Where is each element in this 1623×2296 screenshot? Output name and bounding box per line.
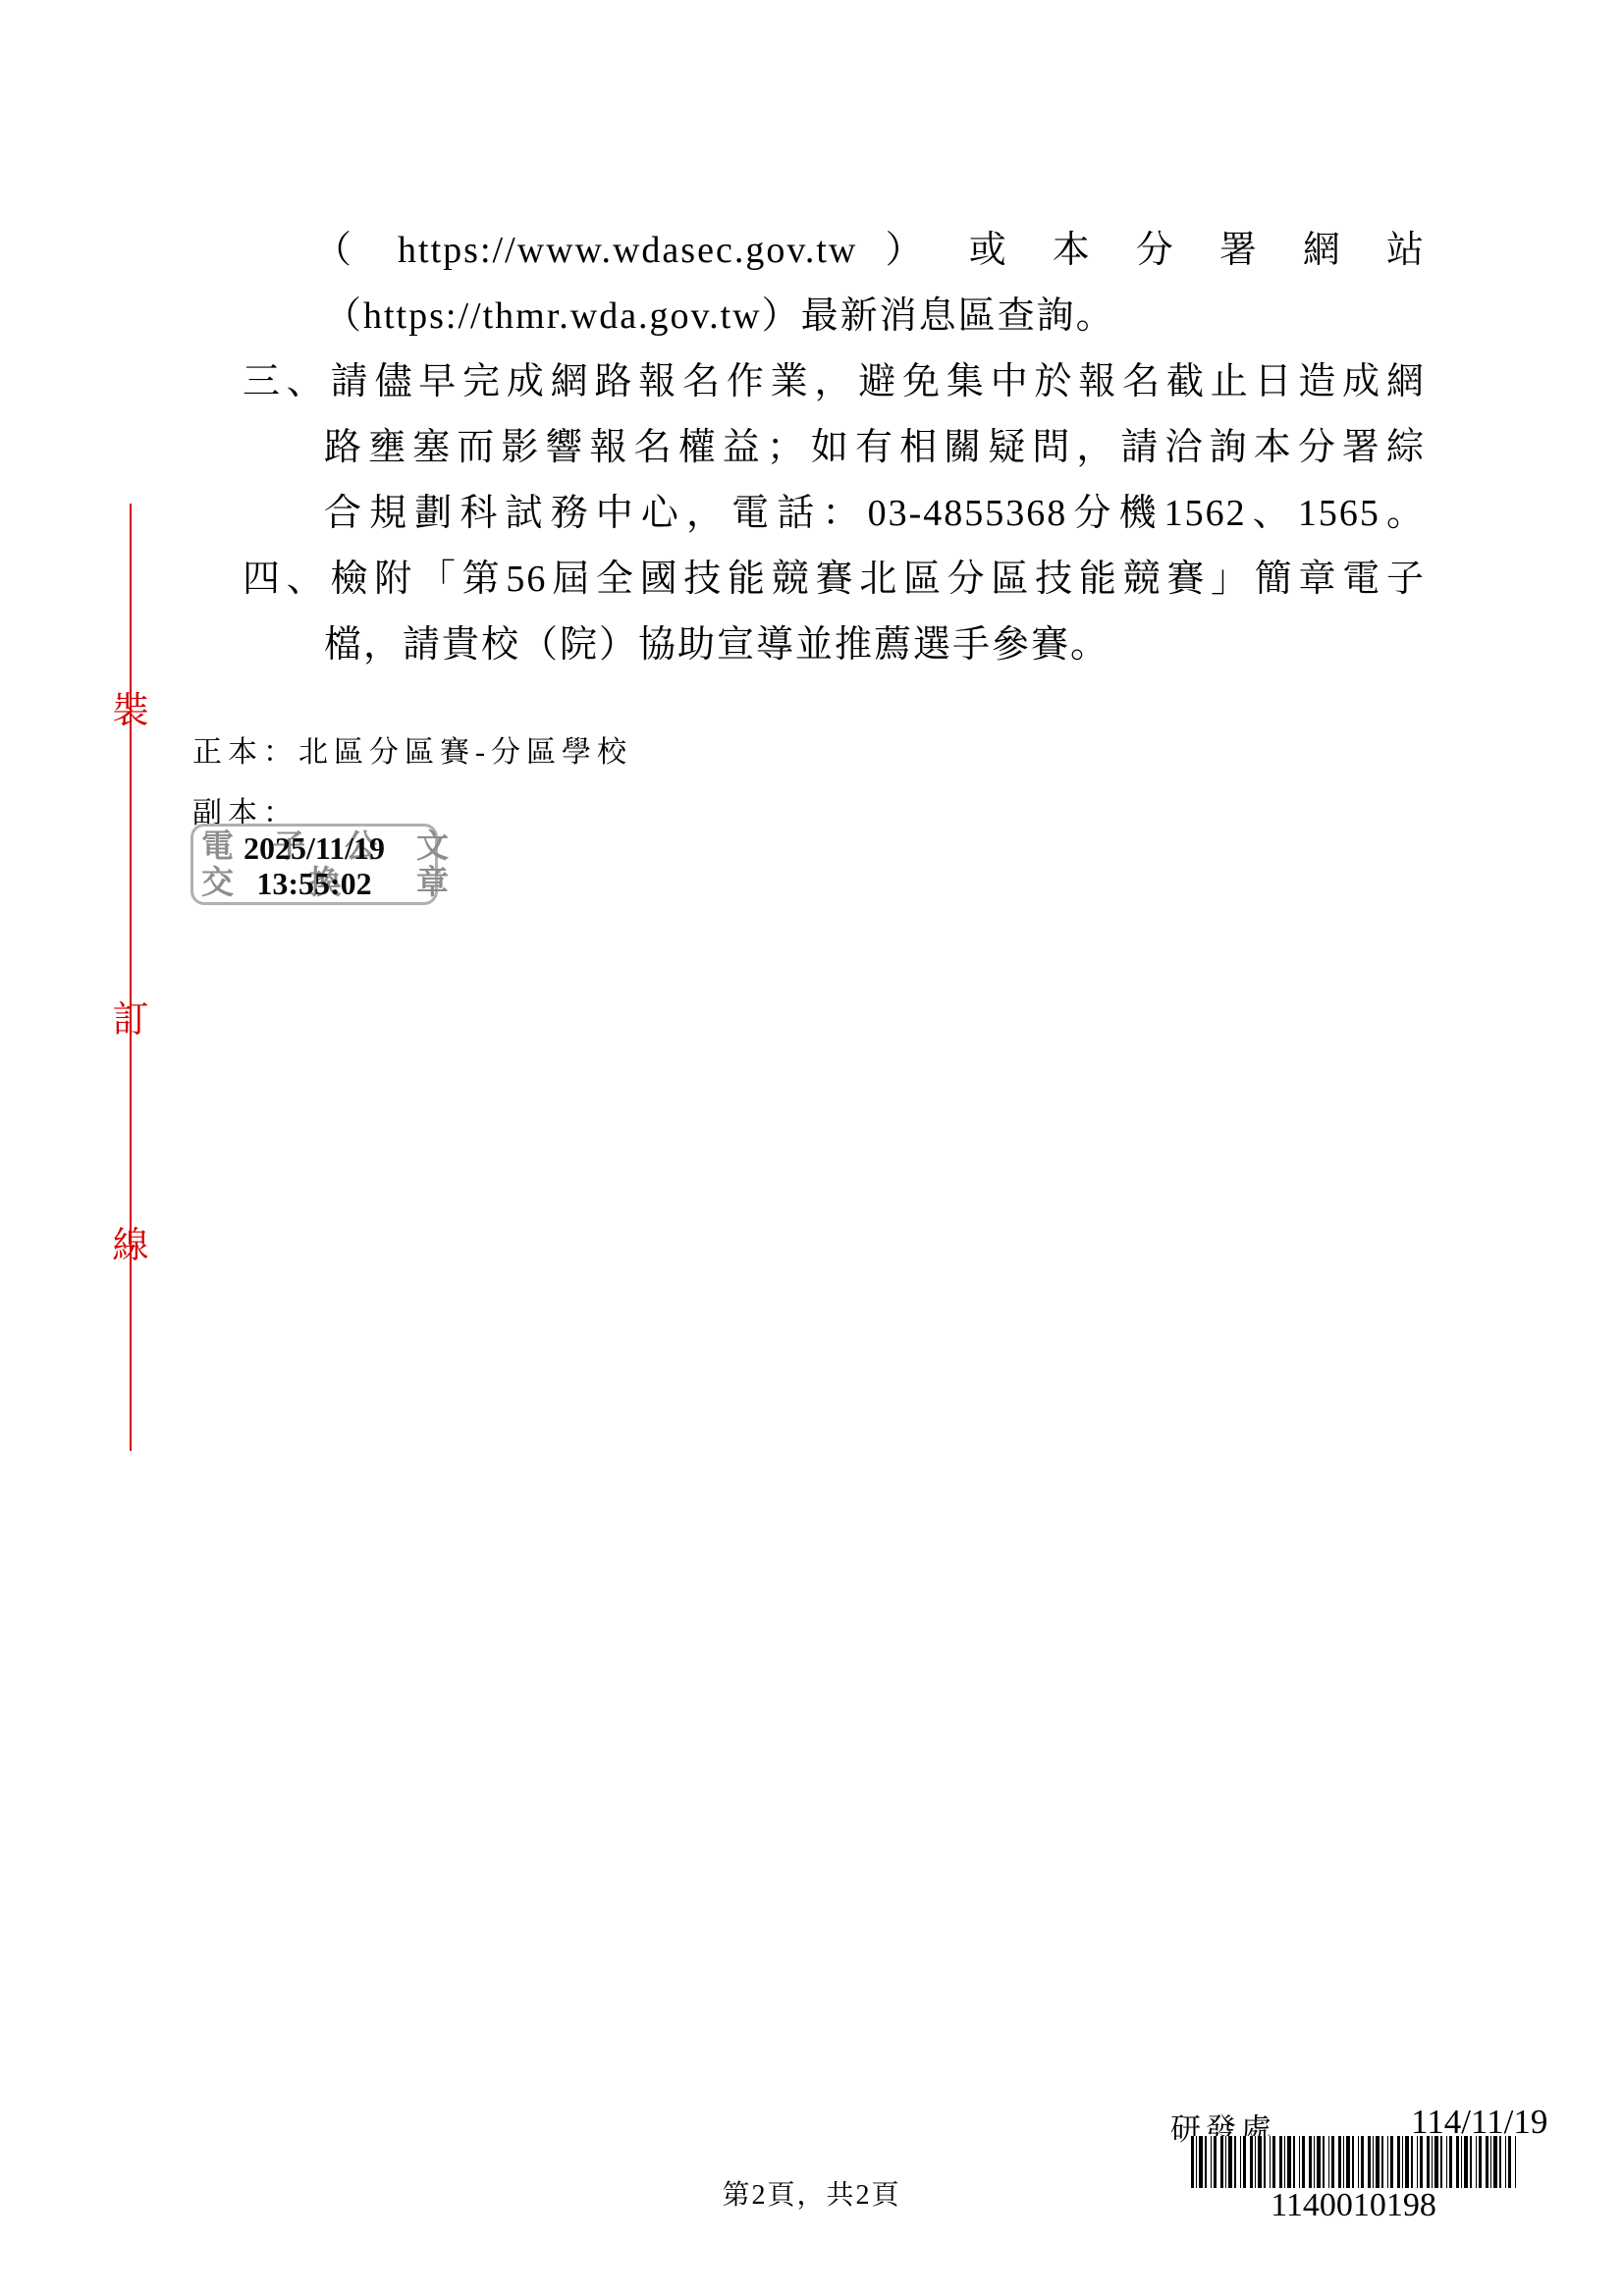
stamp-date: 2025/11/19 [193,830,435,866]
binding-label-zhuang: 裝 [110,691,151,732]
stamp-time: 13:55:02 [193,866,435,901]
binding-line [130,504,132,1451]
list-item-4-line-2: 檔，請貴校（院）協助宣導並推薦選手參賽。 [324,613,1426,678]
document-body: （ https://www.wdasec.gov.tw ） 或 本 分 署 網 … [243,218,1426,678]
url-line-2: （https://thmr.wda.gov.tw）最新消息區查詢。 [324,284,1426,349]
barcode-number: 1140010198 [1191,2187,1516,2224]
stamp-datetime: 2025/11/19 13:55:02 [193,830,435,901]
binding-label-xian: 線 [110,1226,151,1267]
list-item-3-line-2: 路壅塞而影響報名權益；如有相關疑問，請洽詢本分署綜 [324,415,1426,481]
barcode [1191,2136,1516,2188]
list-item-4-line-1: 四、檢附「第56屆全國技能競賽北區分區技能競賽」簡章電子 [243,547,1426,613]
electronic-exchange-stamp: 電 子 公 文 交 換 章 2025/11/19 13:55:02 [190,824,438,905]
list-item-3-line-1: 三、請儘早完成網路報名作業，避免集中於報名截止日造成網 [243,349,1426,415]
recipient-original: 正本：北區分區賽-分區學校 [192,722,632,783]
document-page: （ https://www.wdasec.gov.tw ） 或 本 分 署 網 … [0,0,1623,2296]
list-item-3-line-3: 合規劃科試務中心，電話：03-4855368分機1562、1565。 [324,481,1426,547]
url-line-1: （ https://www.wdasec.gov.tw ） 或 本 分 署 網 … [314,218,1426,284]
binding-label-ding: 訂 [110,1000,151,1041]
